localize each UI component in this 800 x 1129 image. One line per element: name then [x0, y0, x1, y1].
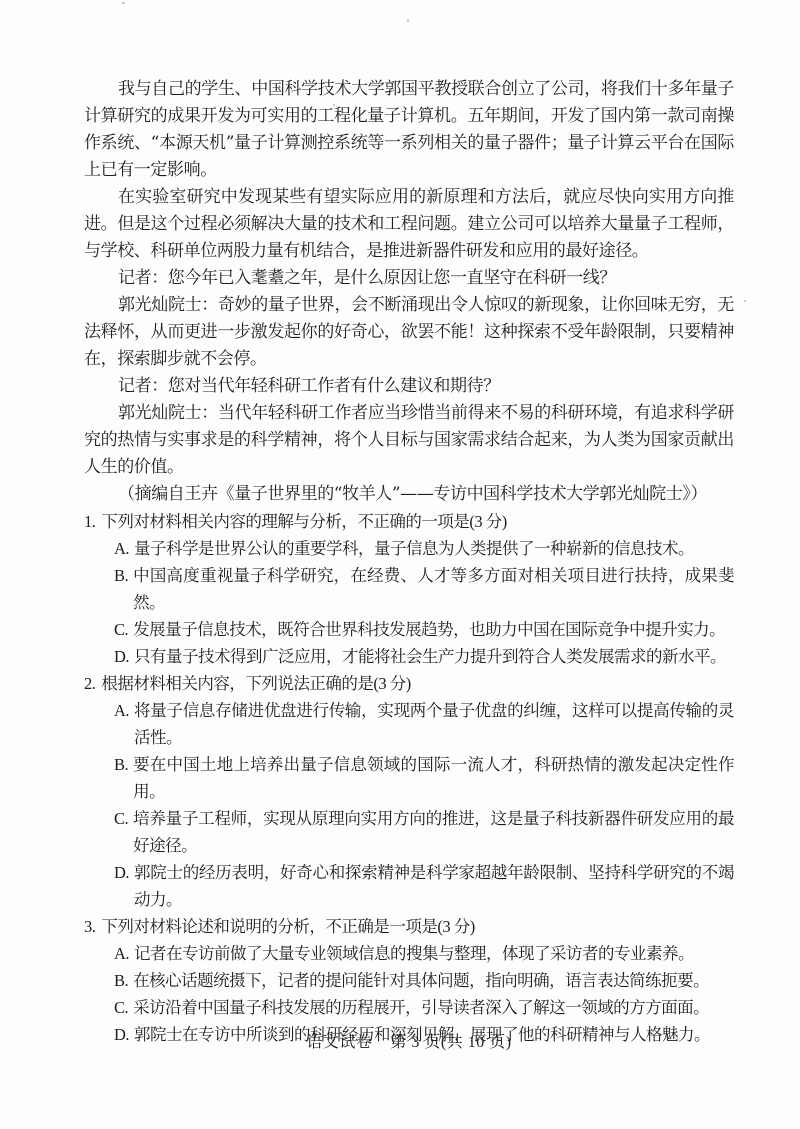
option-label: B. — [114, 967, 133, 994]
option-text: 培养量子工程师，实现从原理向实用方向的推进，这是量子科技新器件研发应用的最好途径… — [133, 805, 734, 859]
question-1-option-a: A. 量子科学是世界公认的重要学科，量子信息为人类提供了一种崭新的信息技术。 — [84, 535, 734, 562]
scan-noise-speck — [744, 300, 746, 302]
question-2-option-b: B. 要在中国土地上培养出量子信息领域的国际一流人才，科研热情的激发起决定性作用… — [84, 751, 734, 805]
question-3-option-a: A. 记者在专访前做了大量专业领域信息的搜集与整理，体现了采访者的专业素养。 — [84, 940, 734, 967]
option-label: B. — [114, 751, 133, 805]
option-label: D. — [114, 859, 134, 913]
question-1: 1. 下列对材料相关内容的理解与分析，不正确的一项是(3 分) A. 量子科学是… — [84, 508, 734, 670]
option-label: C. — [114, 805, 133, 859]
option-label: A. — [114, 940, 134, 967]
question-3-option-b: B. 在核心话题统摄下，记者的提问能针对具体问题，指向明确，语言表达简练扼要。 — [84, 967, 734, 994]
option-label: D. — [114, 643, 134, 670]
passage-paragraph-interviewee-answer: 郭光灿院士：奇妙的量子世界，会不断涌现出令人惊叹的新现象，让你回味无穷，无法释怀… — [84, 292, 734, 373]
question-3: 3. 下列对材料论述和说明的分析，不正确是一项是(3 分) A. 记者在专访前做… — [84, 913, 734, 1048]
scan-noise-speck — [333, 104, 335, 106]
option-text: 将量子信息存储进优盘进行传输，实现两个量子优盘的纠缠，这样可以提高传输的灵活性。 — [134, 697, 734, 751]
passage-paragraph-reporter-question: 记者：您对当代年轻科研工作者有什么建议和期待？ — [84, 373, 734, 400]
question-1-option-d: D. 只有量子技术得到广泛应用，才能将社会生产力提升到符合人类发展需求的新水平。 — [84, 643, 734, 670]
option-label: C. — [114, 994, 133, 1021]
scan-noise-speck — [407, 19, 409, 22]
question-2-option-a: A. 将量子信息存储进优盘进行传输，实现两个量子优盘的纠缠，这样可以提高传输的灵… — [84, 697, 734, 751]
question-3-option-c: C. 采访沿着中国量子科技发展的历程展开，引导读者深入了解这一领域的方方面面。 — [84, 994, 734, 1021]
question-1-option-b: B. 中国高度重视量子科学研究，在经费、人才等多方面对相关项目进行扶持，成果斐然… — [84, 562, 734, 616]
question-section: 1. 下列对材料相关内容的理解与分析，不正确的一项是(3 分) A. 量子科学是… — [84, 508, 734, 1048]
option-text: 发展量子信息技术，既符合世界科技发展趋势，也助力中国在国际竞争中提升实力。 — [133, 616, 734, 643]
question-stem-text: 下列对材料论述和说明的分析，不正确是一项是(3 分) — [101, 913, 734, 940]
question-stem-text: 下列对材料相关内容的理解与分析，不正确的一项是(3 分) — [101, 508, 734, 535]
option-label: A. — [114, 697, 134, 751]
footer-exam-name: 语文试卷 — [306, 1034, 372, 1051]
reading-passage: 我与自己的学生、中国科学技术大学郭国平教授联合创立了公司，将我们十多年量子计算研… — [84, 76, 734, 508]
option-text: 采访沿着中国量子科技发展的历程展开，引导读者深入了解这一领域的方方面面。 — [133, 994, 734, 1021]
option-text: 只有量子技术得到广泛应用，才能将社会生产力提升到符合人类发展需求的新水平。 — [134, 643, 734, 670]
question-number: 1. — [84, 508, 101, 535]
option-label: A. — [114, 535, 134, 562]
question-number: 3. — [84, 913, 101, 940]
option-text: 要在中国土地上培养出量子信息领域的国际一流人才，科研热情的激发起决定性作用。 — [133, 751, 734, 805]
question-2-stem: 2. 根据材料相关内容，下列说法正确的是(3 分) — [84, 670, 734, 697]
option-text: 郭院士的经历表明，好奇心和探索精神是科学家超越年龄限制、坚持科学研究的不竭动力。 — [134, 859, 734, 913]
question-3-stem: 3. 下列对材料论述和说明的分析，不正确是一项是(3 分) — [84, 913, 734, 940]
passage-source-attribution: （摘编自王卉《量子世界里的“牧羊人”——专访中国科学技术大学郭光灿院士》） — [84, 481, 734, 508]
passage-paragraph: 我与自己的学生、中国科学技术大学郭国平教授联合创立了公司，将我们十多年量子计算研… — [84, 76, 734, 184]
option-label: C. — [114, 616, 133, 643]
question-1-option-c: C. 发展量子信息技术，既符合世界科技发展趋势，也助力中国在国际竞争中提升实力。 — [84, 616, 734, 643]
question-1-stem: 1. 下列对材料相关内容的理解与分析，不正确的一项是(3 分) — [84, 508, 734, 535]
page-footer: 语文试卷第 3 页(共 10 页) — [84, 1031, 734, 1055]
question-number: 2. — [84, 670, 101, 697]
passage-paragraph: 在实验室研究中发现某些有望实际应用的新原理和方法后，就应尽快向实用方向推进。但是… — [84, 184, 734, 265]
question-2-option-d: D. 郭院士的经历表明，好奇心和探索精神是科学家超越年龄限制、坚持科学研究的不竭… — [84, 859, 734, 913]
option-text: 中国高度重视量子科学研究，在经费、人才等多方面对相关项目进行扶持，成果斐然。 — [133, 562, 734, 616]
question-stem-text: 根据材料相关内容，下列说法正确的是(3 分) — [101, 670, 734, 697]
footer-page-number: 第 3 页(共 10 页) — [390, 1034, 511, 1051]
option-label: B. — [114, 562, 133, 616]
scanned-exam-page: 我与自己的学生、中国科学技术大学郭国平教授联合创立了公司，将我们十多年量子计算研… — [0, 0, 800, 1129]
option-text: 记者在专访前做了大量专业领域信息的搜集与整理，体现了采访者的专业素养。 — [134, 940, 734, 967]
passage-paragraph-interviewee-answer: 郭光灿院士：当代年轻科研工作者应当珍惜当前得来不易的科研环境，有追求科学研究的热… — [84, 400, 734, 481]
question-2: 2. 根据材料相关内容，下列说法正确的是(3 分) A. 将量子信息存储进优盘进… — [84, 670, 734, 913]
option-text: 量子科学是世界公认的重要学科，量子信息为人类提供了一种崭新的信息技术。 — [134, 535, 734, 562]
option-text: 在核心话题统摄下，记者的提问能针对具体问题，指向明确，语言表达简练扼要。 — [133, 967, 734, 994]
question-2-option-c: C. 培养量子工程师，实现从原理向实用方向的推进，这是量子科技新器件研发应用的最… — [84, 805, 734, 859]
scan-noise-speck — [122, 2, 125, 4]
passage-paragraph-reporter-question: 记者：您今年已入耄耋之年，是什么原因让您一直坚守在科研一线？ — [84, 265, 734, 292]
